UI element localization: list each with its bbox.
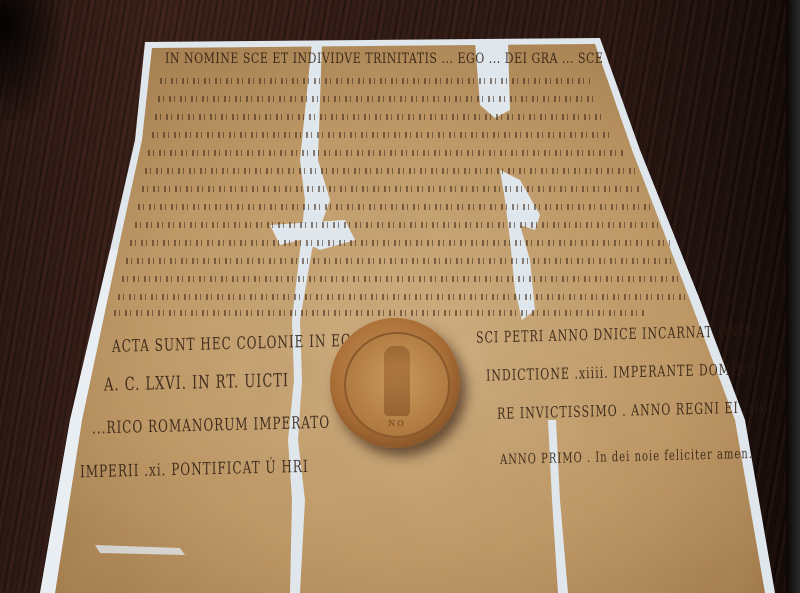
wax-seal: NO [330, 318, 460, 448]
charter-header-line: IN NOMINE SCE ET INDIVIDVE TRINITATIS ..… [165, 50, 704, 67]
seal-face: NO [344, 332, 450, 438]
charter-parchment: IN NOMINE SCE ET INDIVIDVE TRINITATIS ..… [0, 0, 800, 593]
seal-legend: NO [346, 419, 448, 428]
seal-enthroned-figure-icon [384, 346, 410, 416]
